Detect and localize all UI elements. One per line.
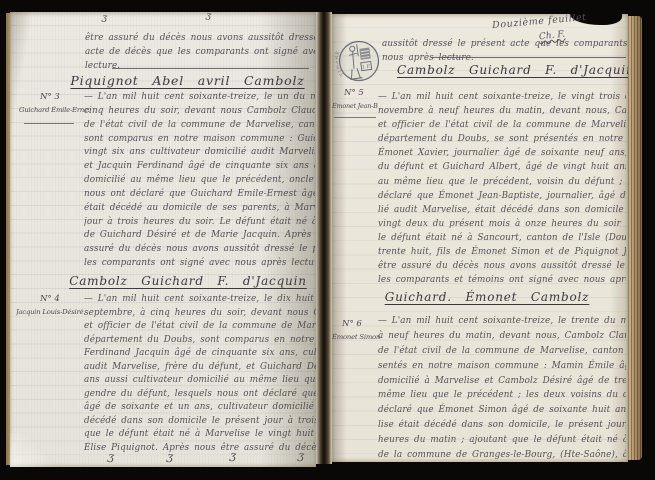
- text-line: ans aussi cultivateur domicilié au même …: [84, 374, 316, 388]
- text-line: âgé de soixante et un ans, cultivateur d…: [84, 401, 316, 415]
- margin-underline: [334, 117, 376, 118]
- text-line: au même lieu que le précédent, voisin du…: [378, 175, 626, 189]
- previous-act-ending: être assuré du décès nous avons aussitôt…: [85, 31, 315, 73]
- text-line: sont comparus en notre maison commune : …: [84, 133, 315, 147]
- text-line: vingt six ans cultivateur domicilié audi…: [84, 146, 315, 160]
- act-4-body: — L'an mil huit cent soixante-treize, le…: [84, 293, 316, 455]
- left-page: ʒ ʒ être assuré du décès nous avons auss…: [10, 12, 316, 467]
- text-line: de la commune de Granges-le-Bourg, (Hte-…: [378, 448, 626, 462]
- text-line: département du Doubs, sont comparus en n…: [84, 334, 316, 348]
- text-line: et officier de l'état civil de la commun…: [84, 320, 316, 334]
- text-line: département du Doubs, se sont présentés …: [378, 132, 626, 146]
- flourish-mark: ʒ: [205, 12, 211, 21]
- act-5-body: — L'an mil huit cent soixante-treize, le…: [378, 90, 626, 287]
- text-line: novembre à neuf heures du matin, devant …: [378, 104, 626, 118]
- text-line: et officier de l'état civil de la commun…: [378, 118, 626, 132]
- text-line: lise était décédé dans son domicile, le …: [378, 418, 626, 433]
- text-line: Émonet Xavier, journalier âgé de soixant…: [378, 146, 626, 160]
- text-line: gendre du défunt, lesquels nous ont décl…: [84, 388, 316, 402]
- signature-line: Guichard. Émonet Cambolz: [362, 290, 612, 304]
- revenue-stamp-icon: 1 F. TIMBRE: [332, 31, 385, 91]
- book-gutter: [316, 12, 332, 464]
- signature-line: Piquignot Abel avril Cambolz: [65, 73, 310, 88]
- text-line: à neuf heures du matin, devant nous, Cam…: [378, 329, 626, 344]
- scan-background: { "scan": { "background_color": "#0a0806…: [0, 0, 655, 480]
- ink-rule: [112, 68, 309, 69]
- signature-line: Cambolz Guichard F. d'Jacquin: [397, 63, 607, 77]
- text-line: assuré du décès nous avons aussitôt dres…: [84, 243, 315, 257]
- right-page: Douzième feuillet Ch. F. 1 F. TIMBRE aus…: [332, 14, 628, 462]
- text-line: domicilié à Marvelise et Cambolz Désiré …: [378, 374, 626, 389]
- margin-name: Jacquin Louis-Désiré.: [16, 308, 88, 316]
- text-line: aussitôt dressé le présent acte que les …: [382, 37, 628, 51]
- act-3-body: — L'an mil huit cent soixante-treize, le…: [84, 91, 315, 271]
- text-line: jour à trois heures du soir. Le défunt é…: [84, 216, 315, 230]
- text-line: du défunt et Guichard Albert, âgé de vin…: [378, 160, 626, 174]
- text-line: que le défunt était né à Marvelise le vi…: [84, 428, 316, 442]
- ink-rule: [432, 57, 626, 58]
- flourish-mark: ʒ: [166, 450, 174, 464]
- flourish-mark: ʒ: [107, 450, 115, 464]
- text-line: nous ont déclaré que Guichard Émile-Erne…: [84, 188, 315, 202]
- margin-number: N° 4: [40, 294, 60, 304]
- text-line: même lieu que le précédent ; les deux vo…: [378, 388, 626, 403]
- text-line: — L'an mil huit cent soixante-treize, le…: [84, 293, 316, 307]
- page-edge-stack: [628, 16, 642, 460]
- text-line: cinq heures du soir, devant nous Cambolz…: [84, 105, 315, 119]
- text-line: de l'état civil de la commune de Marveli…: [84, 119, 315, 133]
- text-line: était décédé au domicile de ses parents,…: [84, 202, 315, 216]
- signature-line: Cambolz Guichard F. d'Jacquin: [68, 274, 308, 288]
- text-line: les comparants et témoins ont signé avec…: [378, 273, 626, 287]
- margin-underline: [24, 123, 74, 124]
- margin-name: Guichard Émile-Ernest.: [19, 106, 89, 114]
- margin-number: N° 6: [342, 319, 362, 329]
- text-line: déclaré que Émonet Jean-Baptiste, journa…: [378, 189, 626, 203]
- text-line: audit Marvelise, frère du défunt, et Gui…: [84, 361, 316, 375]
- text-line: être assuré du décès nous avons aussitôt…: [378, 259, 626, 273]
- margin-number: N° 3: [40, 92, 60, 102]
- text-line: septembre, à cinq heures du soir, devant…: [84, 307, 316, 321]
- text-line: être assuré du décès nous avons aussitôt…: [85, 31, 315, 45]
- text-line: les comparants ont signé avec nous après…: [84, 257, 315, 271]
- text-line: lecture.: [85, 59, 315, 73]
- text-line: sentés en notre maison commune : Mamin É…: [378, 359, 626, 374]
- margin-number: N° 5: [344, 88, 364, 98]
- text-line: déclaré que Émonet Simon âgé de soixante…: [378, 403, 626, 418]
- text-line: Élise Piquignot. Après nous être assuré …: [84, 442, 316, 456]
- previous-act-ending: aussitôt dressé le présent acte que les …: [382, 37, 628, 65]
- text-line: et Jacquin Ferdinand âgé de cinquante si…: [84, 160, 315, 174]
- folio-note: Douzième feuillet: [492, 14, 587, 31]
- text-line: — L'an mil huit cent soixante-treize, le…: [378, 90, 626, 104]
- text-line: décédé dans son domicile le présent jour…: [84, 415, 316, 429]
- text-line: domicilié au même lieu que le précédent,…: [84, 174, 315, 188]
- flourish-mark: ʒ: [101, 13, 107, 24]
- act-6-body: — L'an mil huit cent soixante-treize, le…: [378, 314, 626, 462]
- text-line: de l'état civil de la commune de Marveli…: [378, 344, 626, 359]
- text-line: lié audit Marvelise, était décédé dans s…: [378, 203, 626, 217]
- text-line: de Guichard Désiré et de Marie Jacquin. …: [84, 229, 315, 243]
- text-line: heures du matin ; ajoutant que le défunt…: [378, 433, 626, 448]
- text-line: — L'an mil huit cent soixante-treize, le…: [84, 91, 315, 105]
- flourish-mark: ʒ: [297, 449, 305, 463]
- text-line: trente huit, fils de Émonet Simon et de …: [378, 245, 626, 259]
- text-line: Ferdinand Jacquin âgé de cinquante six a…: [84, 347, 316, 361]
- text-line: vingt deux du présent mois à onze heures…: [378, 217, 626, 231]
- margin-name: Émonet Simon: [332, 333, 382, 341]
- text-line: acte de décès que les comparants ont sig…: [85, 45, 315, 59]
- flourish-mark: ʒ: [229, 449, 237, 463]
- text-line: — L'an mil huit cent soixante-treize, le…: [378, 314, 626, 329]
- margin-name: Émonet Jean-Baptiste: [332, 102, 378, 110]
- text-line: le défunt était né à Sancourt, canton de…: [378, 231, 626, 245]
